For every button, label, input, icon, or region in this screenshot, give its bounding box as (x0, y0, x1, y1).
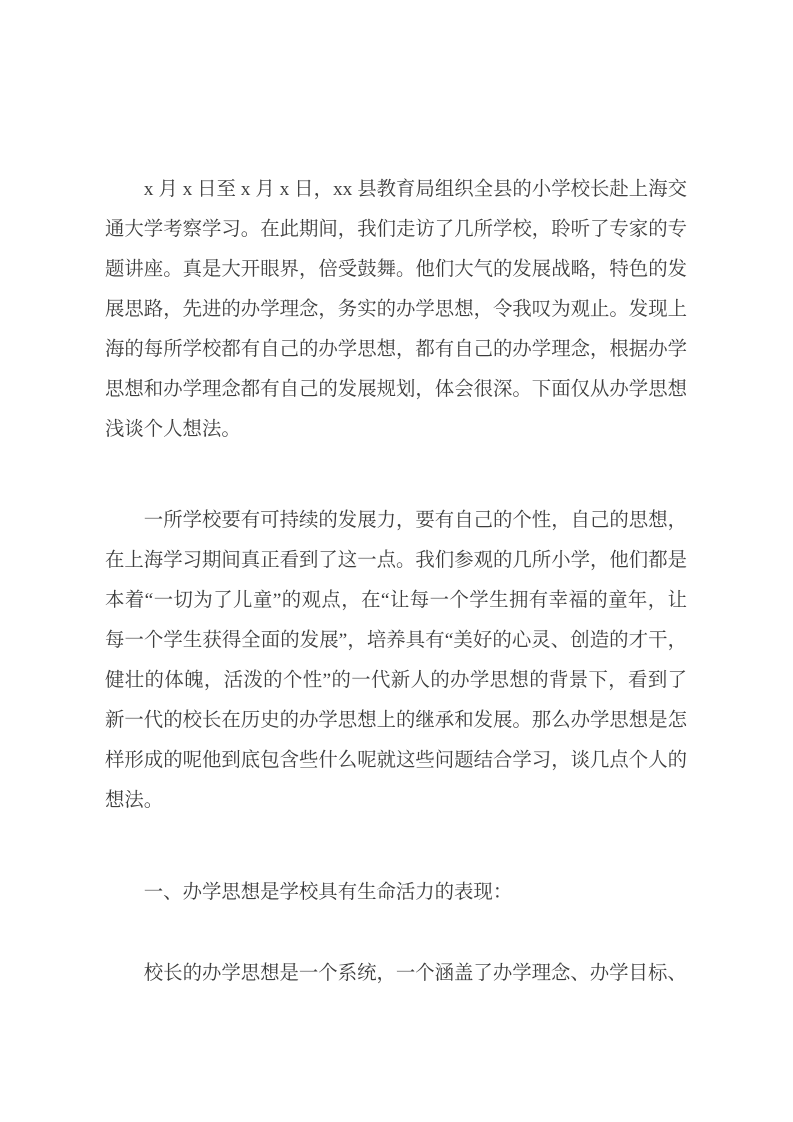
paragraph-study-trip-intro: x 月 x 日至 x 月 x 日，xx 县教育局组织全县的小学校长赴上海交通大学… (105, 170, 687, 450)
document-content: x 月 x 日至 x 月 x 日，xx 县教育局组织全县的小学校长赴上海交通大学… (105, 170, 687, 994)
paragraph-principal-thought-system: 校长的办学思想是一个系统，一个涵盖了办学理念、办学目标、 (105, 954, 687, 994)
paragraph-school-observations: 一所学校要有可持续的发展力，要有自己的个性，自己的思想，在上海学习期间真正看到了… (105, 501, 687, 821)
document-page: x 月 x 日至 x 月 x 日，xx 县教育局组织全县的小学校长赴上海交通大学… (0, 0, 793, 1122)
section-heading-1: 一、办学思想是学校具有生命活力的表现： (105, 873, 687, 913)
